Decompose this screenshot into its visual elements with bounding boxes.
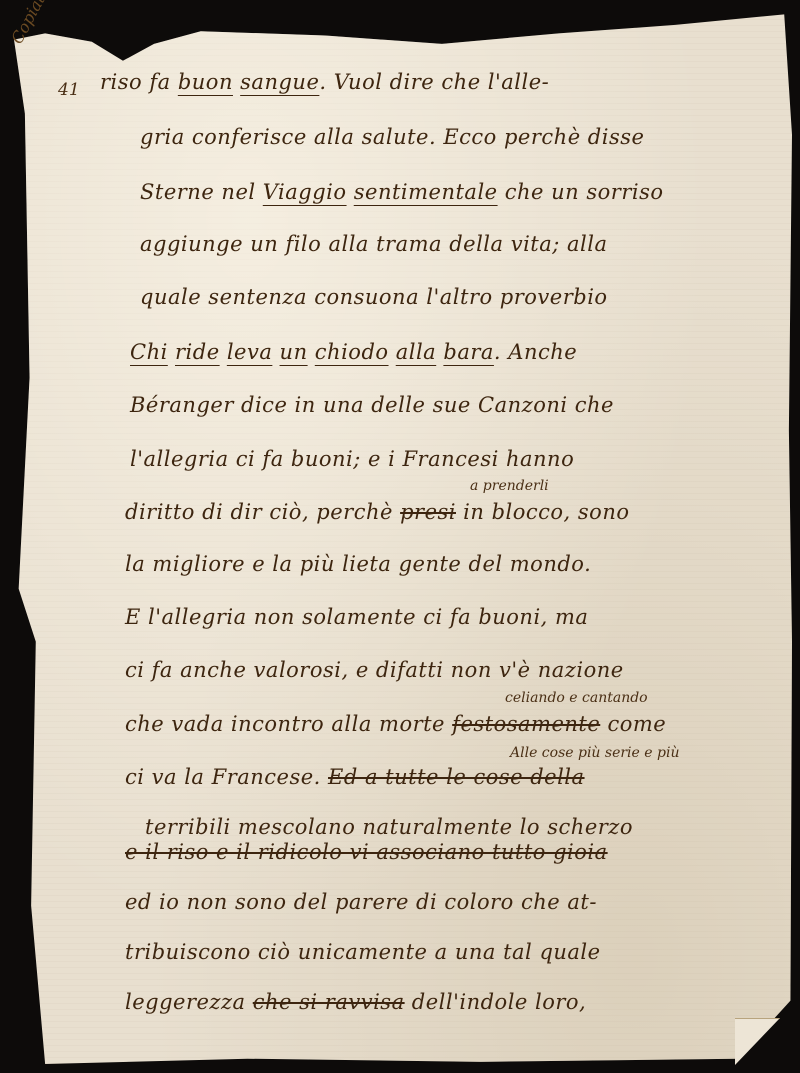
- struck-text: che si ravvisa: [253, 990, 405, 1014]
- struck-text: presi: [400, 500, 456, 524]
- text-segment: dell'indole loro,: [405, 990, 587, 1014]
- text-segment: ed io non sono del parere di coloro che …: [125, 890, 597, 914]
- underlined-text: sentimentale: [354, 180, 498, 204]
- struck-text: e il riso e il ridicolo vi associano tut…: [125, 840, 608, 864]
- text-line: che vada incontro alla morte festosament…: [125, 712, 666, 736]
- text-segment: Sterne nel: [140, 180, 263, 204]
- text-line: Béranger dice in una delle sue Canzoni c…: [130, 393, 614, 417]
- underlined-text: ride: [175, 340, 220, 364]
- text-segment: ci va la Francese.: [125, 765, 328, 789]
- text-line: ed io non sono del parere di coloro che …: [125, 890, 597, 914]
- text-segment: che vada incontro alla morte: [125, 712, 452, 736]
- text-line: leggerezza che si ravvisa dell'indole lo…: [125, 990, 586, 1014]
- text-segment: in blocco, sono: [456, 500, 630, 524]
- text-segment: [272, 340, 279, 364]
- underlined-text: chiodo: [315, 340, 389, 364]
- underlined-text: un: [280, 340, 308, 364]
- text-segment: che un sorriso: [498, 180, 664, 204]
- text-line: ci va la Francese. Ed a tutte le cose de…: [125, 765, 585, 789]
- text-line: terribili mescolano naturalmente lo sche…: [145, 815, 633, 839]
- text-segment: tribuiscono ciò unicamente a una tal qua…: [125, 940, 601, 964]
- text-segment: quale sentenza consuona l'altro proverbi…: [140, 285, 608, 309]
- text-line: E l'allegria non solamente ci fa buoni, …: [125, 605, 588, 629]
- text-line: ci fa anche valorosi, e difatti non v'è …: [125, 658, 624, 682]
- text-segment: leggerezza: [125, 990, 253, 1014]
- text-line: aggiunge un filo alla trama della vita; …: [140, 232, 607, 256]
- interlinear-insertion: celiando e cantando: [505, 690, 648, 706]
- text-line: riso fa buon sangue. Vuol dire che l'all…: [100, 70, 549, 94]
- underlined-text: sangue: [240, 70, 319, 94]
- text-line: e il riso e il ridicolo vi associano tut…: [125, 840, 608, 864]
- underlined-text: Chi: [130, 340, 168, 364]
- text-segment: . Vuol dire che l'alle-: [319, 70, 549, 94]
- underlined-text: buon: [178, 70, 233, 94]
- underlined-text: alla: [396, 340, 436, 364]
- interlinear-insertion: Alle cose più serie e più: [510, 745, 679, 761]
- text-segment: riso fa: [100, 70, 178, 94]
- underlined-text: Viaggio: [263, 180, 347, 204]
- text-line: gria conferisce alla salute. Ecco perchè…: [140, 125, 644, 149]
- text-segment: [168, 340, 175, 364]
- text-segment: Béranger dice in una delle sue Canzoni c…: [130, 393, 614, 417]
- text-segment: la migliore e la più lieta gente del mon…: [125, 552, 591, 576]
- text-line: l'allegria ci fa buoni; e i Francesi han…: [130, 447, 574, 471]
- text-segment: terribili mescolano naturalmente lo sche…: [145, 815, 633, 839]
- text-segment: [347, 180, 354, 204]
- folded-corner: [735, 1018, 780, 1065]
- text-segment: gria conferisce alla salute. Ecco perchè…: [140, 125, 644, 149]
- underlined-text: bara: [443, 340, 494, 364]
- text-line: quale sentenza consuona l'altro proverbi…: [140, 285, 608, 309]
- text-segment: [220, 340, 227, 364]
- text-line: la migliore e la più lieta gente del mon…: [125, 552, 591, 576]
- text-line: Chi ride leva un chiodo alla bara. Anche: [130, 340, 577, 364]
- struck-text: festosamente: [452, 712, 600, 736]
- text-segment: diritto di dir ciò, perchè: [125, 500, 400, 524]
- text-line: diritto di dir ciò, perchè presi in bloc…: [125, 500, 630, 524]
- text-segment: E l'allegria non solamente ci fa buoni, …: [125, 605, 588, 629]
- struck-text: Ed a tutte le cose della: [328, 765, 585, 789]
- text-segment: aggiunge un filo alla trama della vita; …: [140, 232, 607, 256]
- text-line: Sterne nel Viaggio sentimentale che un s…: [140, 180, 664, 204]
- text-segment: come: [600, 712, 666, 736]
- underlined-text: leva: [227, 340, 273, 364]
- text-segment: l'allegria ci fa buoni; e i Francesi han…: [130, 447, 574, 471]
- text-segment: [308, 340, 315, 364]
- text-segment: . Anche: [494, 340, 577, 364]
- text-segment: [389, 340, 396, 364]
- text-line: tribuiscono ciò unicamente a una tal qua…: [125, 940, 601, 964]
- text-segment: ci fa anche valorosi, e difatti non v'è …: [125, 658, 624, 682]
- interlinear-insertion: a prenderli: [470, 478, 549, 494]
- page-number: 41: [58, 80, 80, 100]
